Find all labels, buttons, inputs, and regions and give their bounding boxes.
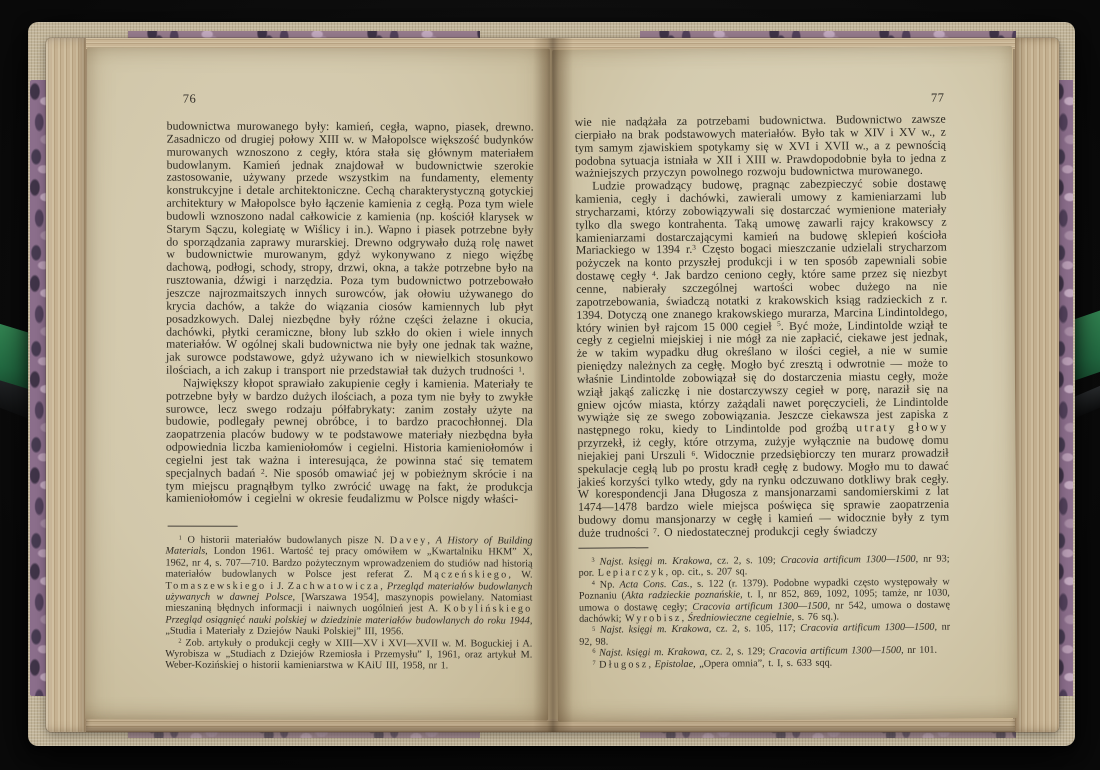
text-run: , cz. 2, s. 109; (710, 555, 781, 567)
text-run: Zachwatowicza (288, 581, 381, 592)
text-run: Średniowieczne cegielnie (688, 612, 792, 624)
text-run: Długosz (599, 659, 648, 670)
footnote-marker: 1 (179, 535, 182, 542)
text-run: i J. (266, 580, 287, 591)
footnote-marker: 3 (592, 557, 595, 564)
paragraph: Ludzie prowadzący budowę, pragnąc zabezp… (575, 177, 949, 540)
text-run: budownictwa murowanego były: kamień, ceg… (166, 119, 534, 378)
page-76-footnotes: 1 O historii materiałów budowlanych pisz… (165, 535, 532, 673)
open-book: 76 budownictwa murowanego były: kamień, … (28, 22, 1075, 746)
paragraph: Największy kłopot sprawiało zakupienie c… (166, 376, 533, 505)
footnote-marker: 6 (592, 648, 595, 655)
text-run: Cracovia artificum 1300—1500 (769, 645, 901, 657)
text-run: Przegląd osiągnięć nauki polskiej w dzie… (165, 614, 529, 626)
text-run: , op. cit., s. 207 sq. (666, 567, 748, 579)
page-76-body: budownictwa murowanego były: kamień, ceg… (166, 120, 534, 506)
text-run: , W. (508, 570, 532, 581)
text-run: Najst. księgi m. Krakowa (600, 556, 710, 568)
footnote-marker: 1 (518, 364, 522, 373)
text-run: Cracovia artificum 1300—1500 (692, 600, 827, 612)
text-run: , cz. 2, s. 129; (705, 646, 769, 658)
text-run: , s. 76 sq.). (792, 612, 840, 623)
page-edges-right (1013, 38, 1059, 732)
paragraph: 4 Np. Acta Cons. Cas., s. 122 (r. 1379).… (579, 576, 950, 625)
text-run: Tomaszewskiego (165, 580, 266, 591)
footnote-marker: 5 (777, 319, 781, 328)
footnote-marker: 4 (652, 269, 656, 278)
text-run: Acta Cons. Cas. (619, 579, 689, 591)
text-run: wie nie nadążała za potrzebami budownict… (575, 112, 946, 181)
footnote-marker: 7 (653, 526, 657, 535)
paragraph: 2 Zob. artykuły o produkcji cegły w XIII… (165, 637, 532, 672)
paragraph: 1 O historii materiałów budowlanych pisz… (165, 535, 532, 639)
page-number-left: 76 (183, 92, 197, 107)
footnote-marker: 3 (692, 243, 696, 252)
text-run: O historii materiałów budowlanych pisze … (182, 535, 390, 547)
text-run: . Być może, Lindintolde wziął te cegły z… (577, 317, 949, 437)
page-edges-left (46, 38, 88, 732)
text-run: Akta radzieckie poznańskie (625, 590, 740, 602)
footnote-marker: 2 (178, 637, 181, 644)
text-run: Cracovia artificum 1300—1500 (781, 554, 916, 566)
page-77-footnotes: 3 Najst. księgi m. Krakowa, cz. 2, s. 10… (579, 554, 951, 671)
text-run: Kobylińskiego (444, 604, 533, 615)
footnote-marker: 5 (592, 625, 595, 632)
footnote-marker: 2 (261, 466, 265, 475)
page-edges-bottom (86, 719, 1015, 732)
page-block: 76 budownictwa murowanego były: kamień, … (46, 38, 1059, 732)
text-run: Największy kłopot sprawiało zakupienie c… (166, 376, 533, 480)
text-run: , cz. 2, s. 105, 117; (709, 623, 801, 635)
paragraph: 5 Najst. księgi m. Krakowa, cz. 2, s. 10… (579, 622, 950, 648)
footnote-separator-right (578, 547, 648, 549)
text-run: Najst. księgi m. Krakowa (599, 647, 705, 659)
text-run: , nr 101. (901, 645, 937, 656)
paragraph: wie nie nadążała za potrzebami budownict… (575, 113, 947, 180)
text-run: Cracovia artificum 1300—1500 (800, 622, 934, 634)
page-77: 77 wie nie nadążała za potrzebami budown… (552, 46, 1018, 722)
footnote-marker: 7 (592, 659, 595, 666)
text-run: Lepiarczyk (598, 567, 666, 579)
photo-background: 76 budownictwa murowanego były: kamień, … (0, 0, 1100, 770)
page-number-right: 77 (931, 91, 945, 106)
paragraph: 3 Najst. księgi m. Krakowa, cz. 2, s. 10… (579, 554, 950, 580)
text-run: Davey (390, 535, 428, 546)
footnote-marker: 6 (691, 448, 695, 457)
text-run: Epistolae (655, 658, 694, 669)
page-77-body: wie nie nadążała za potrzebami budownict… (575, 113, 950, 540)
footnote-separator-left (168, 526, 238, 527)
text-run: . O niedostatecznej produkcji cegły świa… (657, 523, 878, 539)
paragraph: 7 Długosz, Epistolae, „Opera omnia”, t. … (579, 656, 950, 671)
text-run: Najst. księgi m. Krakowa (600, 624, 709, 636)
text-run: Zob. artykuły o produkcji cegły w XIII—X… (165, 637, 532, 672)
text-run: , (427, 535, 435, 546)
paragraph: budownictwa murowanego były: kamień, ceg… (166, 120, 534, 378)
text-run: Wyrobisz (625, 613, 682, 624)
text-run: Mączeńskiego (423, 569, 508, 580)
text-run: Np. (595, 579, 620, 590)
footnote-marker: 4 (592, 580, 595, 587)
page-76: 76 budownictwa murowanego były: kamień, … (85, 47, 550, 720)
text-run: , „Opera omnia”, t. I, s. 633 sqq. (693, 657, 832, 669)
